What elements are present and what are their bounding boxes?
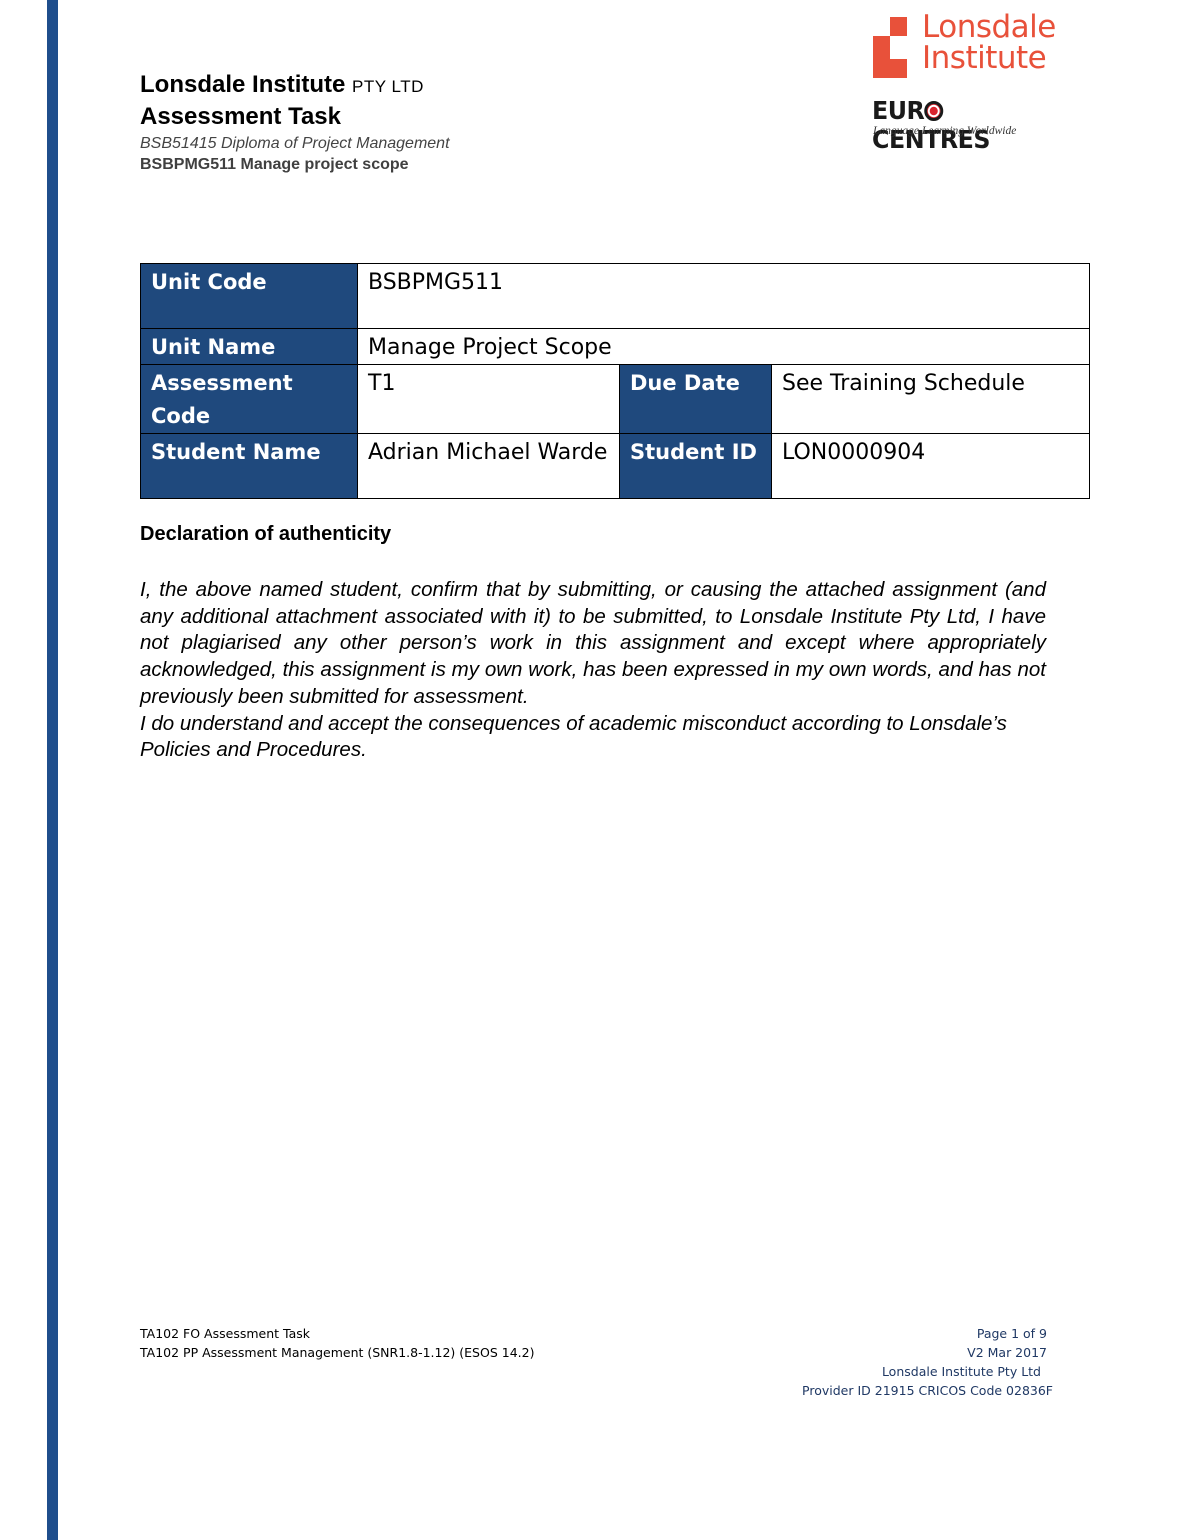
logo-brand-name: LonsdaleInstitute	[922, 12, 1056, 74]
footer-form-ref: TA102 FO Assessment Task	[140, 1324, 534, 1343]
student-id-label: Student ID	[620, 434, 772, 499]
institute-name: Lonsdale Institute PTY LTD	[140, 70, 450, 102]
company-name: Lonsdale Institute Pty Ltd	[802, 1362, 1050, 1381]
institute-name-text: Lonsdale Institute	[140, 71, 345, 98]
table-row: Assessment Code T1 Due Date See Training…	[141, 365, 1090, 434]
provider-id: Provider ID 21915 CRICOS Code 02836F	[802, 1381, 1053, 1400]
document-header: Lonsdale Institute PTY LTD Assessment Ta…	[140, 70, 450, 175]
student-name-label: Student Name	[141, 434, 358, 499]
unit-name-label: Unit Name	[141, 329, 358, 365]
logo-brand-line1: Lonsdale	[922, 12, 1056, 43]
logo-mark-part	[890, 59, 907, 78]
course-name: BSB51415 Diploma of Project Management	[140, 133, 450, 155]
version: V2 Mar 2017	[802, 1343, 1050, 1362]
left-accent-bar	[47, 0, 58, 1540]
logo-mark-part	[873, 36, 890, 78]
footer-left: TA102 FO Assessment Task TA102 PP Assess…	[140, 1324, 534, 1362]
assessment-code-value: T1	[358, 365, 620, 434]
logo-brand-line2: Institute	[922, 43, 1056, 74]
unit-name-value: Manage Project Scope	[358, 329, 1090, 365]
target-circle-icon	[924, 101, 943, 121]
declaration-paragraph: I, the above named student, confirm that…	[140, 577, 1046, 711]
unit-code-label: Unit Code	[141, 264, 358, 329]
footer-policy-ref: TA102 PP Assessment Management (SNR1.8-1…	[140, 1343, 534, 1362]
lonsdale-logo: LonsdaleInstitute EURCENTRES Language Le…	[872, 16, 1052, 141]
document-title: Assessment Task	[140, 102, 450, 132]
student-name-value: Adrian Michael Warde	[358, 434, 620, 499]
institute-suffix: PTY LTD	[352, 77, 424, 96]
table-row: Student Name Adrian Michael Warde Studen…	[141, 434, 1090, 499]
eurocentres-text-pre: EUR	[872, 96, 924, 125]
table-row: Unit Code BSBPMG511	[141, 264, 1090, 329]
page-number: Page 1 of 9	[802, 1324, 1050, 1343]
eurocentres-tagline: Language Learning Worldwide	[873, 125, 1016, 137]
assessment-info-table: Unit Code BSBPMG511 Unit Name Manage Pro…	[140, 263, 1090, 499]
footer-right: Page 1 of 9 V2 Mar 2017 Lonsdale Institu…	[802, 1324, 1050, 1400]
due-date-value: See Training Schedule	[772, 365, 1090, 434]
student-id-value: LON0000904	[772, 434, 1090, 499]
due-date-label: Due Date	[620, 365, 772, 434]
declaration-body: I, the above named student, confirm that…	[140, 577, 1046, 764]
declaration-paragraph: I do understand and accept the consequen…	[140, 711, 1046, 764]
logo-mark-icon	[890, 17, 907, 36]
assessment-code-label: Assessment Code	[141, 365, 358, 434]
unit-title: BSBPMG511 Manage project scope	[140, 155, 450, 175]
unit-code-value: BSBPMG511	[358, 264, 1090, 329]
declaration-title: Declaration of authenticity	[140, 523, 391, 546]
table-row: Unit Name Manage Project Scope	[141, 329, 1090, 365]
